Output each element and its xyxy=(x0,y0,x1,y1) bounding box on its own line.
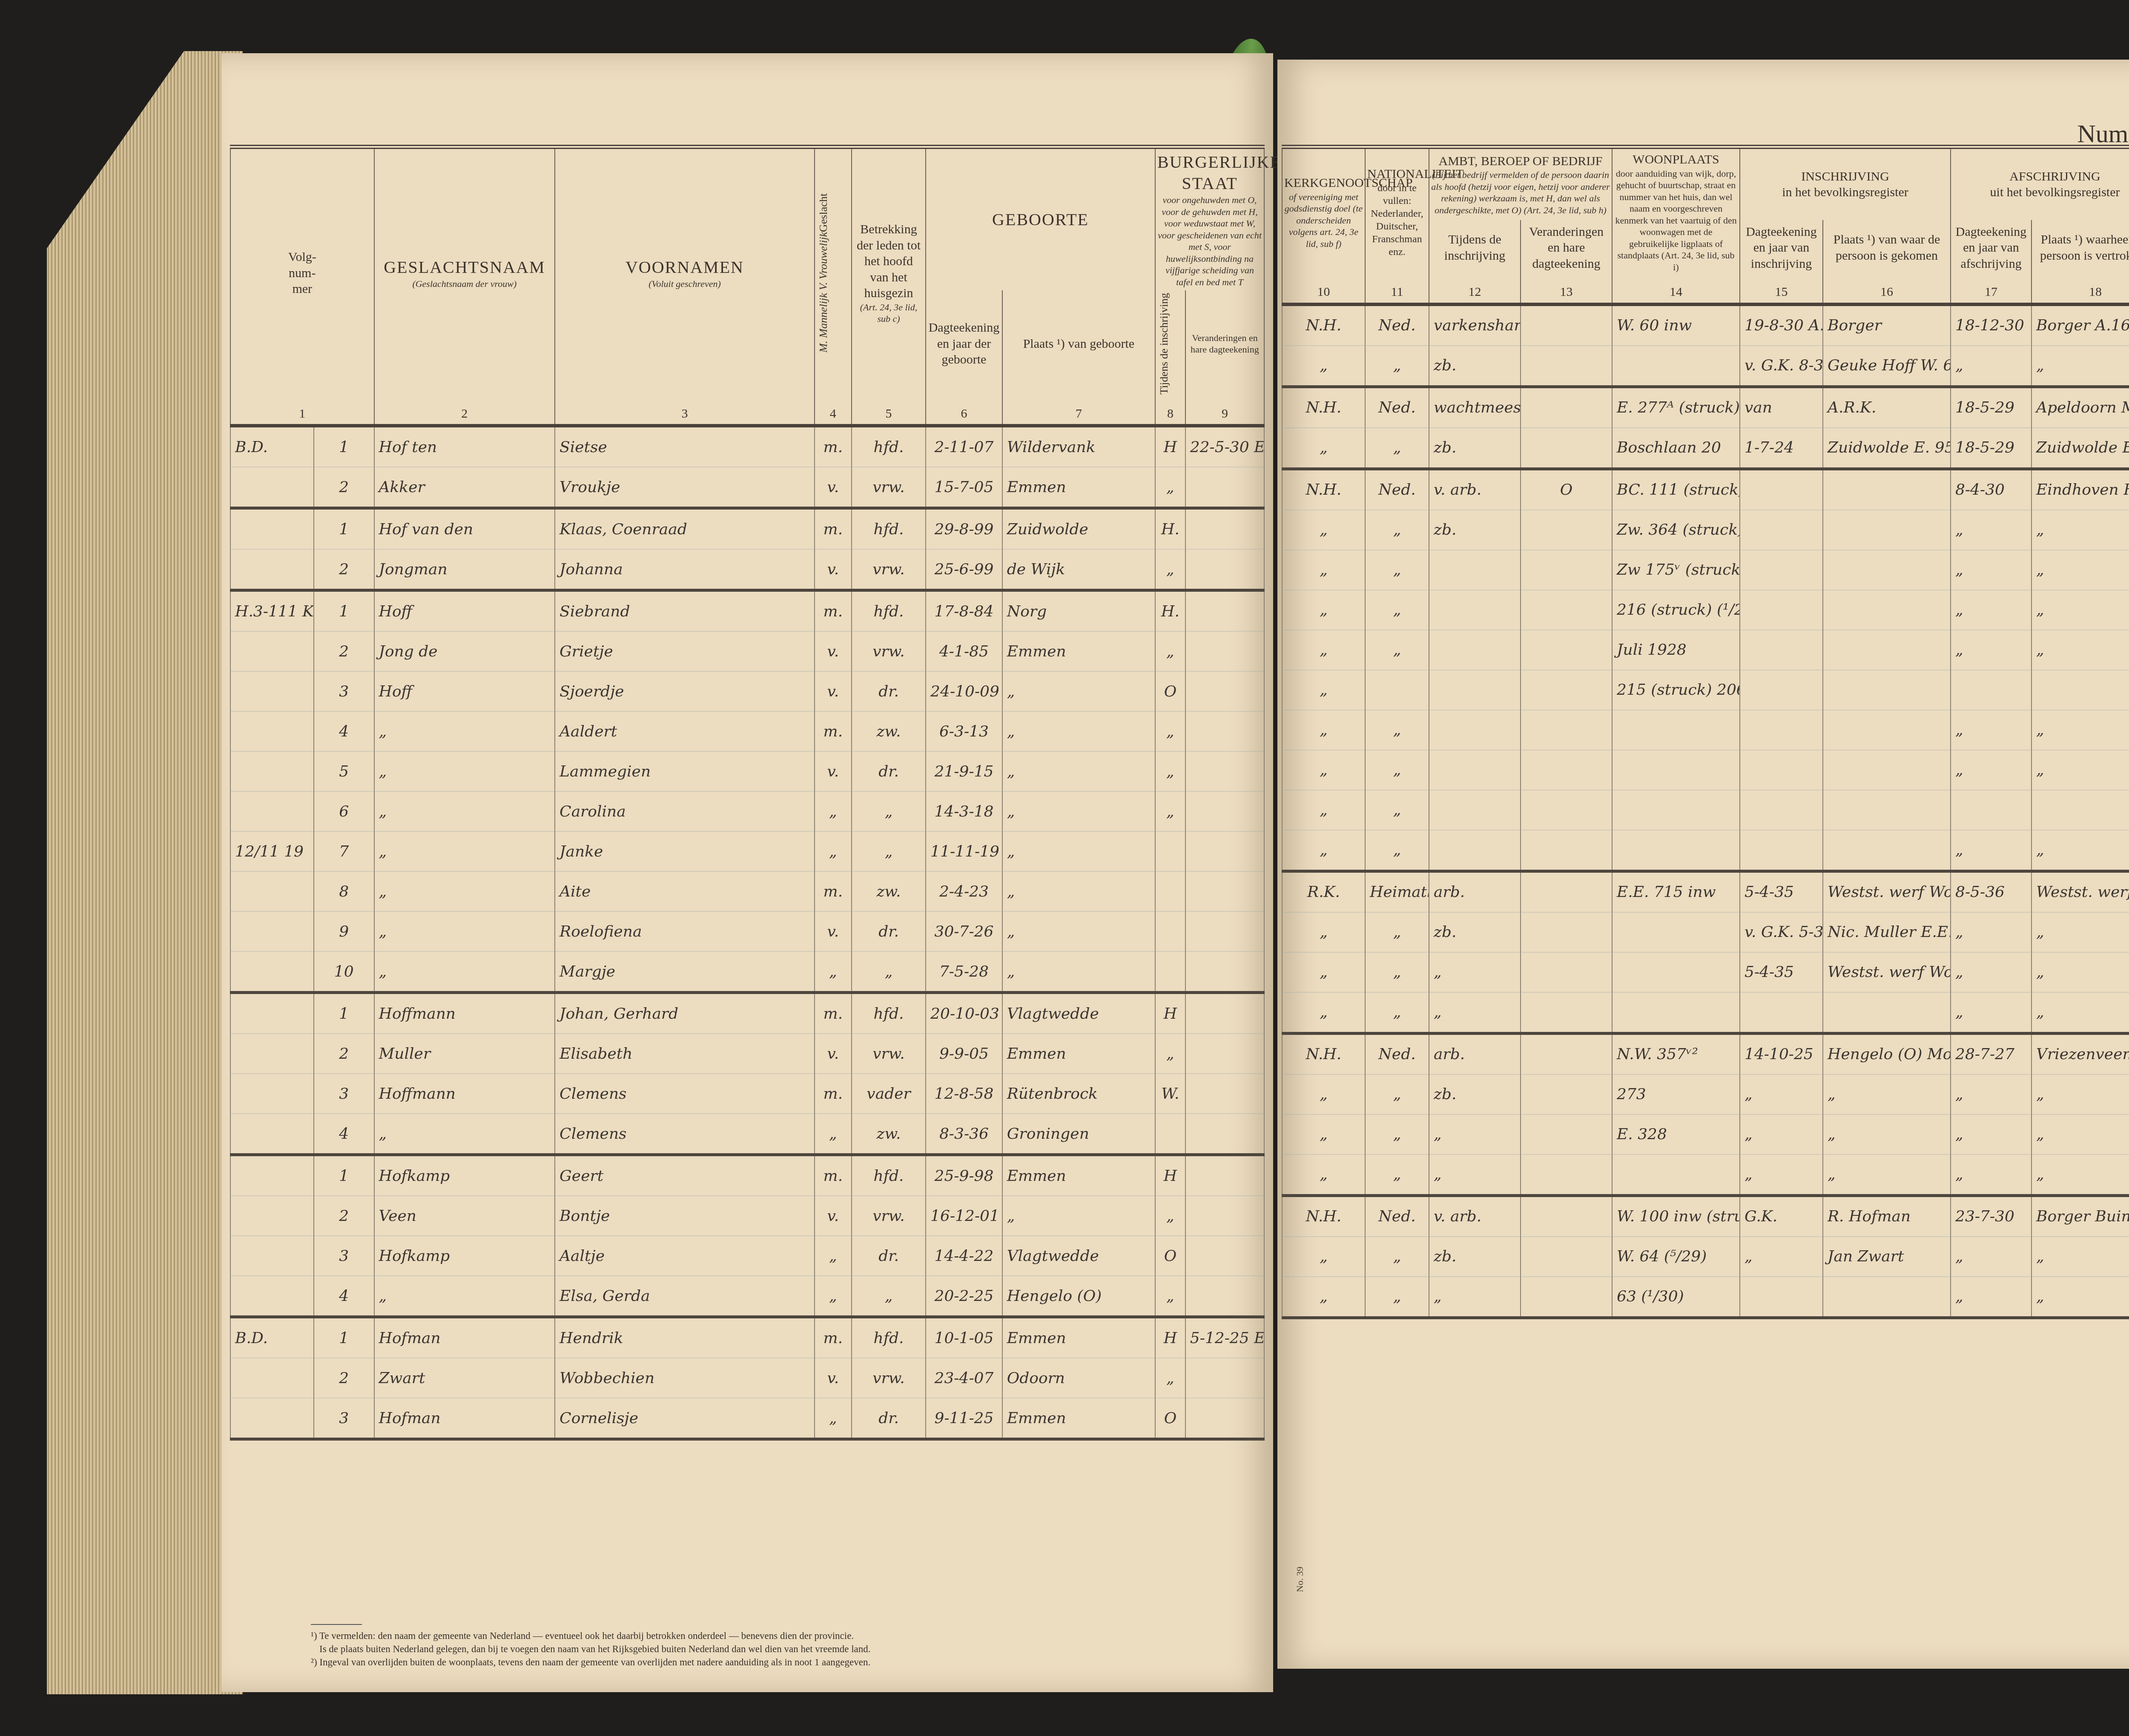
cell-in-date xyxy=(1740,630,1823,670)
cell-occ: v. arb. xyxy=(1429,469,1521,510)
cell-church: „ xyxy=(1282,1154,1365,1196)
cell-dob: 14-3-18 xyxy=(926,791,1002,831)
cell-addr xyxy=(1612,992,1740,1034)
cell-church: „ xyxy=(1282,1074,1365,1114)
cell-surname: Hoff xyxy=(374,590,555,632)
cell-church: „ xyxy=(1282,830,1365,871)
register-row: „„zb.273„„„„ xyxy=(1282,1074,2129,1114)
col-inschrijving-plaats-header: Plaats ¹) van waar de persoon is gekomen xyxy=(1823,220,1951,275)
margin-note xyxy=(230,549,314,590)
cell-civ-chg xyxy=(1185,993,1264,1034)
cell-in-date xyxy=(1740,750,1823,790)
cell-occ-chg xyxy=(1521,346,1612,387)
margin-note xyxy=(230,1398,314,1439)
cell-occ xyxy=(1429,750,1521,790)
cell-addr: W. 100 inw (struck) N.W. 277ᴬ (struck) 7… xyxy=(1612,1195,1740,1237)
cell-nat: Ned. xyxy=(1365,387,1429,428)
col-num-8: 8 xyxy=(1155,397,1185,426)
register-row: 1HofkampGeertm.hfd.25-9-98EmmenH xyxy=(230,1155,1264,1196)
cell-occ-chg xyxy=(1521,912,1612,952)
cell-civ: „ xyxy=(1155,791,1185,831)
register-row: „„zb.v. G.K. 8-30Geuke Hoff W. 60„„„ xyxy=(1282,346,2129,387)
cell-civ: „ xyxy=(1155,751,1185,791)
cell-dob: 9-11-25 xyxy=(926,1398,1002,1439)
cell-sex: „ xyxy=(815,1398,852,1439)
cell-out-date: 23-7-30 xyxy=(1951,1195,2031,1237)
cell-out-to: „ xyxy=(2031,346,2129,387)
cell-nat: „ xyxy=(1365,1277,1429,1318)
register-row: 2Jong deGrietjev.vrw.4-1-85Emmen„ xyxy=(230,631,1264,671)
cell-church: N.H. xyxy=(1282,469,1365,510)
cell-in-date xyxy=(1740,510,1823,550)
cell-sex: m. xyxy=(815,590,852,632)
cell-given: Lammegien xyxy=(555,751,815,791)
col-num-15: 15 xyxy=(1740,275,1823,304)
register-row: B.D.1HofmanHendrikm.hfd.10-1-05EmmenH5-1… xyxy=(230,1317,1264,1358)
margin-note xyxy=(230,631,314,671)
col-geboorte-datum-header: Dagteekening en jaar der geboorte xyxy=(926,290,1002,397)
cell-civ xyxy=(1155,1114,1185,1155)
col-staat-inschrijving-header: Tijdens de inschrijving xyxy=(1155,290,1185,397)
cell-nat: „ xyxy=(1365,912,1429,952)
cell-occ: zb. xyxy=(1429,510,1521,550)
cell-occ: v. arb. xyxy=(1429,1195,1521,1237)
cell-sex: „ xyxy=(815,791,852,831)
cell-out-date: „ xyxy=(1951,550,2031,590)
cell-occ: „ xyxy=(1429,1277,1521,1318)
cell-dob: 4-1-85 xyxy=(926,631,1002,671)
cell-rel: zw. xyxy=(852,711,926,751)
cell-occ-chg xyxy=(1521,992,1612,1034)
cell-surname: Hofman xyxy=(374,1398,555,1439)
cell-sex: v. xyxy=(815,1358,852,1398)
margin-note: B.D. xyxy=(230,1317,314,1358)
cell-nr: 3 xyxy=(314,1398,374,1439)
margin-note xyxy=(230,1074,314,1114)
cell-nat: „ xyxy=(1365,952,1429,992)
cell-rel: zw. xyxy=(852,1114,926,1155)
col-num-5: 5 xyxy=(852,397,926,426)
cell-civ: O xyxy=(1155,1236,1185,1276)
cell-civ-chg xyxy=(1185,467,1264,508)
cell-occ: varkenshandelaar xyxy=(1429,304,1521,346)
cell-surname: Jong de xyxy=(374,631,555,671)
cell-out-date: „ xyxy=(1951,750,2031,790)
cell-given: Hendrik xyxy=(555,1317,815,1358)
cell-sex: v. xyxy=(815,631,852,671)
cell-church: „ xyxy=(1282,346,1365,387)
cell-addr: E. 328 xyxy=(1612,1114,1740,1154)
cell-given: Geert xyxy=(555,1155,815,1196)
col-geboorte-group: GEBOORTE xyxy=(926,147,1155,290)
cell-in-from: Geuke Hoff W. 60 xyxy=(1823,346,1951,387)
register-row: 1HoffmannJohan, Gerhardm.hfd.20-10-03Vla… xyxy=(230,993,1264,1034)
cell-addr xyxy=(1612,790,1740,830)
cell-in-from xyxy=(1823,590,1951,630)
cell-nat: „ xyxy=(1365,1074,1429,1114)
cell-out-date: „ xyxy=(1951,630,2031,670)
register-row: 4„Elsa, Gerda„„20-2-25Hengelo (O)„ xyxy=(230,1276,1264,1317)
cell-sex: v. xyxy=(815,911,852,951)
cell-dob: 25-6-99 xyxy=(926,549,1002,590)
cell-out-date: „ xyxy=(1951,830,2031,871)
cell-rel: hfd. xyxy=(852,426,926,467)
register-row: „„zb.Zw. 364 (struck)„„A.K. „ xyxy=(1282,510,2129,550)
cell-church: „ xyxy=(1282,710,1365,750)
cell-nat: Ned. xyxy=(1365,304,1429,346)
register-row: 2ZwartWobbechienv.vrw.23-4-07Odoorn„ xyxy=(230,1358,1264,1398)
cell-church: „ xyxy=(1282,992,1365,1034)
cell-rel: dr. xyxy=(852,911,926,951)
register-row: 3HofmanCornelisje„dr.9-11-25EmmenO xyxy=(230,1398,1264,1439)
cell-dob: 7-5-28 xyxy=(926,951,1002,993)
cell-nr: 1 xyxy=(314,426,374,467)
cell-given: Bontje xyxy=(555,1196,815,1236)
cell-church: N.H. xyxy=(1282,1033,1365,1074)
register-table-left: Volg-num-mer GESLACHTSNAAM(Geslachtsnaam… xyxy=(230,145,1265,1441)
cell-nr: 2 xyxy=(314,631,374,671)
cell-in-from: Westst. werf Wolvega, Ypenlaan 114 xyxy=(1823,871,1951,912)
cell-rel: vader xyxy=(852,1074,926,1114)
cell-pob: „ xyxy=(1002,911,1155,951)
footnote-1-cont: Is de plaats buiten Nederland gelegen, d… xyxy=(311,1642,871,1656)
cell-sex: m. xyxy=(815,871,852,911)
cell-rel: hfd. xyxy=(852,1155,926,1196)
cell-addr: BC. 111 (struck) xyxy=(1612,469,1740,510)
cell-out-to: Zuidwolde E. 95ᴬ xyxy=(2031,428,2129,469)
cell-addr: Zw. 364 (struck) xyxy=(1612,510,1740,550)
cell-dob: 29-8-99 xyxy=(926,508,1002,550)
cell-civ-chg xyxy=(1185,590,1264,632)
col-num-11: 11 xyxy=(1365,275,1429,304)
cell-in-date: „ xyxy=(1740,1114,1823,1154)
cell-addr: Juli 1928 xyxy=(1612,630,1740,670)
cell-in-date xyxy=(1740,992,1823,1034)
register-row: „„17-2-27„ xyxy=(1282,790,2129,830)
col-num-12: 12 xyxy=(1429,275,1521,304)
register-row: „„Zw 175ᵛ (struck) 292„„„ xyxy=(1282,550,2129,590)
cell-rel: dr. xyxy=(852,751,926,791)
cell-occ-chg xyxy=(1521,550,1612,590)
cell-church: „ xyxy=(1282,1114,1365,1154)
col-num-18: 18 xyxy=(2031,275,2129,304)
cell-pob: Hengelo (O) xyxy=(1002,1276,1155,1317)
cell-in-date: 14-10-25 xyxy=(1740,1033,1823,1074)
cell-occ: arb. xyxy=(1429,1033,1521,1074)
cell-occ xyxy=(1429,710,1521,750)
cell-out-to: „ xyxy=(2031,830,2129,871)
cell-sex: v. xyxy=(815,751,852,791)
cell-civ: „ xyxy=(1155,1358,1185,1398)
cell-nr: 6 xyxy=(314,791,374,831)
cell-out-to: „ xyxy=(2031,510,2129,550)
margin-note xyxy=(230,671,314,711)
cell-dob: 14-4-22 xyxy=(926,1236,1002,1276)
col-beroep-veranderingen-header: Veranderingen en hare dagteekening xyxy=(1521,220,1612,275)
cell-civ-chg xyxy=(1185,751,1264,791)
cell-dob: 2-4-23 xyxy=(926,871,1002,911)
cell-civ-chg xyxy=(1185,831,1264,871)
cell-pob: „ xyxy=(1002,671,1155,711)
cell-out-to: „ xyxy=(2031,590,2129,630)
cell-surname: Akker xyxy=(374,467,555,508)
register-row: 2AkkerVroukjev.vrw.15-7-05Emmen„ xyxy=(230,467,1264,508)
cell-nr: 1 xyxy=(314,508,374,550)
cell-out-to: „ xyxy=(2031,750,2129,790)
cell-out-to: Apeldoorn Marechausseekazerne xyxy=(2031,387,2129,428)
cell-nat: Ned. xyxy=(1365,1195,1429,1237)
cell-addr xyxy=(1612,346,1740,387)
cell-nat: „ xyxy=(1365,1154,1429,1196)
cell-sex: m. xyxy=(815,711,852,751)
register-row: „„zb.Boschlaan 201-7-24Zuidwolde E. 95ᴬ1… xyxy=(1282,428,2129,469)
cell-civ-chg xyxy=(1185,1196,1264,1236)
cell-church: „ xyxy=(1282,550,1365,590)
cell-civ xyxy=(1155,831,1185,871)
cell-out-to: Vriezenveen Almeloschestr. xyxy=(2031,1033,2129,1074)
register-row: „„216 (struck) (¹/28)„„„ xyxy=(1282,590,2129,630)
register-table-right: KERKGENOOTSCHAPof vereeniging met godsdi… xyxy=(1282,145,2129,1319)
cell-addr: Boschlaan 20 xyxy=(1612,428,1740,469)
cell-occ: „ xyxy=(1429,1154,1521,1196)
cell-nat: „ xyxy=(1365,830,1429,871)
cell-civ: O xyxy=(1155,671,1185,711)
cell-in-from xyxy=(1823,469,1951,510)
cell-given: Wobbechien xyxy=(555,1358,815,1398)
cell-civ-chg xyxy=(1185,1236,1264,1276)
footnotes: ¹) Te vermelden: den naam der gemeente v… xyxy=(311,1624,871,1669)
cell-in-from: Nic. Muller E.E. 715 xyxy=(1823,912,1951,952)
cell-addr xyxy=(1612,830,1740,871)
cell-in-from: Borger xyxy=(1823,304,1951,346)
cell-out-date: 18-5-29 xyxy=(1951,428,2031,469)
margin-note xyxy=(230,1034,314,1074)
cell-occ-chg xyxy=(1521,387,1612,428)
cell-out-date xyxy=(1951,790,2031,830)
cell-occ xyxy=(1429,790,1521,830)
margin-note xyxy=(230,1276,314,1317)
cell-addr: 63 (¹/30) xyxy=(1612,1277,1740,1318)
cell-in-date xyxy=(1740,590,1823,630)
cell-nat: „ xyxy=(1365,1237,1429,1277)
cell-sex: „ xyxy=(815,831,852,871)
cell-rel: dr. xyxy=(852,1236,926,1276)
cell-in-date: 1-7-24 xyxy=(1740,428,1823,469)
cell-surname: Hofkamp xyxy=(374,1155,555,1196)
cell-church: „ xyxy=(1282,912,1365,952)
cell-surname: Hoff xyxy=(374,671,555,711)
col-num-2: 2 xyxy=(374,397,555,426)
cell-civ: „ xyxy=(1155,631,1185,671)
margin-note: H.3-111 K. xyxy=(230,590,314,632)
cell-sex: „ xyxy=(815,951,852,993)
footnote-1: ¹) Te vermelden: den naam der gemeente v… xyxy=(311,1629,871,1642)
cell-pob: „ xyxy=(1002,791,1155,831)
cell-dob: 23-4-07 xyxy=(926,1358,1002,1398)
cell-civ-chg xyxy=(1185,631,1264,671)
cell-occ-chg xyxy=(1521,428,1612,469)
cell-dob: 6-3-13 xyxy=(926,711,1002,751)
register-row: 5„Lammegienv.dr.21-9-15„„ xyxy=(230,751,1264,791)
register-row: 3HofkampAaltje„dr.14-4-22VlagtweddeO xyxy=(230,1236,1264,1276)
cell-out-date: 8-4-30 xyxy=(1951,469,2031,510)
volume-mark: No. 39 xyxy=(1294,1567,1306,1592)
cell-church: N.H. xyxy=(1282,304,1365,346)
cell-out-to: Westst. werf Ygeholtwolde 73 xyxy=(2031,871,2129,912)
cell-out-to: „ xyxy=(2031,952,2129,992)
col-afschrijving-datum-header: Dagteekening en jaar van afschrijving xyxy=(1951,220,2031,275)
col-kerkgenootschap-header: KERKGENOOTSCHAPof vereeniging met godsdi… xyxy=(1282,147,1365,275)
cell-in-from: „ xyxy=(1823,1154,1951,1196)
cell-nr: 1 xyxy=(314,1155,374,1196)
cell-civ-chg xyxy=(1185,1276,1264,1317)
cell-dob: 25-9-98 xyxy=(926,1155,1002,1196)
col-num-3: 3 xyxy=(555,397,815,426)
cell-sex: m. xyxy=(815,508,852,550)
cell-surname: Hofkamp xyxy=(374,1236,555,1276)
cell-given: Grietje xyxy=(555,631,815,671)
cell-pob: Rütenbrock xyxy=(1002,1074,1155,1114)
cell-rel: hfd. xyxy=(852,1317,926,1358)
cell-pob: Odoorn xyxy=(1002,1358,1155,1398)
margin-note xyxy=(230,1358,314,1398)
col-num-9: 9 xyxy=(1185,397,1264,426)
cell-in-date xyxy=(1740,670,1823,710)
cell-nat: „ xyxy=(1365,750,1429,790)
cell-surname: „ xyxy=(374,1114,555,1155)
register-row: „„„„„ xyxy=(1282,750,2129,790)
cell-pob: „ xyxy=(1002,831,1155,871)
cell-civ: H xyxy=(1155,426,1185,467)
cell-civ: W. xyxy=(1155,1074,1185,1114)
cell-church: „ xyxy=(1282,1277,1365,1318)
cell-pob: Wildervank xyxy=(1002,426,1155,467)
col-geslacht-header: GeslachtM. Mannelijk V. Vrouwelijk xyxy=(815,147,852,397)
cell-occ: zb. xyxy=(1429,1074,1521,1114)
cell-surname: Hof van den xyxy=(374,508,555,550)
cell-nr: 1 xyxy=(314,1317,374,1358)
cell-pob: Vlagtwedde xyxy=(1002,1236,1155,1276)
cell-church: „ xyxy=(1282,670,1365,710)
cell-addr: E.E. 715 inw xyxy=(1612,871,1740,912)
cell-given: Cornelisje xyxy=(555,1398,815,1439)
cell-given: Clemens xyxy=(555,1074,815,1114)
cell-rel: vrw. xyxy=(852,1034,926,1074)
cell-rel: „ xyxy=(852,1276,926,1317)
register-row: 12/11 197„Janke„„11-11-19„ xyxy=(230,831,1264,871)
cell-nr: 9 xyxy=(314,911,374,951)
cell-occ: wachtmeester Kon. Marechaussee xyxy=(1429,387,1521,428)
cell-occ-chg xyxy=(1521,670,1612,710)
cell-pob: Zuidwolde xyxy=(1002,508,1155,550)
register-row: „„„63 (¹/30)„„„ xyxy=(1282,1277,2129,1318)
cell-nr: 2 xyxy=(314,467,374,508)
register-row: „„„E. 328„„„„ xyxy=(1282,1114,2129,1154)
cell-surname: „ xyxy=(374,791,555,831)
cell-out-to xyxy=(2031,670,2129,710)
cell-surname: Hoffmann xyxy=(374,1074,555,1114)
margin-note: B.D. xyxy=(230,426,314,467)
cell-sex: m. xyxy=(815,1317,852,1358)
cell-civ-chg: 5-12-25 Emmen xyxy=(1185,1317,1264,1358)
cell-in-from: Westst. werf Wolvega, Ypenlaan 114 xyxy=(1823,952,1951,992)
cell-civ: O xyxy=(1155,1398,1185,1439)
cell-out-to: „ xyxy=(2031,550,2129,590)
register-row: 8„Aitem.zw.2-4-23„ xyxy=(230,871,1264,911)
cell-dob: 15-7-05 xyxy=(926,467,1002,508)
margin-note xyxy=(230,871,314,911)
cell-out-date: „ xyxy=(1951,1277,2031,1318)
cell-given: Vroukje xyxy=(555,467,815,508)
cell-out-to: Borger A.161 inw xyxy=(2031,304,2129,346)
cell-sex: v. xyxy=(815,671,852,711)
register-row: R.K.Heimatlosarb.E.E. 715 inw5-4-35Wests… xyxy=(1282,871,2129,912)
cell-occ-chg: O xyxy=(1521,469,1612,510)
cell-rel: hfd. xyxy=(852,993,926,1034)
cell-occ-chg xyxy=(1521,750,1612,790)
cell-given: Janke xyxy=(555,831,815,871)
cell-out-to: „ xyxy=(2031,710,2129,750)
cell-sex: v. xyxy=(815,1196,852,1236)
col-num-13: 13 xyxy=(1521,275,1612,304)
cell-occ-chg xyxy=(1521,1237,1612,1277)
cell-in-date: „ xyxy=(1740,1154,1823,1196)
cell-civ: „ xyxy=(1155,1034,1185,1074)
cell-dob: 12-8-58 xyxy=(926,1074,1002,1114)
cell-out-date: „ xyxy=(1951,1114,2031,1154)
cell-out-to xyxy=(2031,790,2129,830)
cell-nr: 4 xyxy=(314,1276,374,1317)
cell-dob: 21-9-15 xyxy=(926,751,1002,791)
cell-out-to: „ xyxy=(2031,1114,2129,1154)
cell-out-to: Borger Buinen Brug I B61ᴮ xyxy=(2031,1195,2129,1237)
cell-surname: Hof ten xyxy=(374,426,555,467)
cell-pob: Norg xyxy=(1002,590,1155,632)
cell-addr xyxy=(1612,1154,1740,1196)
cell-out-date: „ xyxy=(1951,710,2031,750)
register-row: 4„Clemens„zw.8-3-36Groningen xyxy=(230,1114,1264,1155)
cell-sex: m. xyxy=(815,1074,852,1114)
cell-addr: Zw 175ᵛ (struck) 292 xyxy=(1612,550,1740,590)
cell-civ-chg xyxy=(1185,871,1264,911)
cell-surname: „ xyxy=(374,911,555,951)
col-betrekking-header: Betrekking der leden tot het hoofd van h… xyxy=(852,147,926,397)
cell-civ-chg xyxy=(1185,549,1264,590)
register-row: „„„5-4-35Westst. werf Wolvega, Ypenlaan … xyxy=(1282,952,2129,992)
cell-occ-chg xyxy=(1521,830,1612,871)
col-woonplaats-header: WOONPLAATSdoor aanduiding van wijk, dorp… xyxy=(1612,147,1740,275)
cell-civ: H. xyxy=(1155,590,1185,632)
cell-out-to: „ xyxy=(2031,1237,2129,1277)
cell-occ-chg xyxy=(1521,952,1612,992)
cell-given: Carolina xyxy=(555,791,815,831)
cell-dob: 11-11-19 xyxy=(926,831,1002,871)
cell-surname: „ xyxy=(374,951,555,993)
cell-nat: Heimatlos xyxy=(1365,871,1429,912)
cell-pob: Emmen xyxy=(1002,1317,1155,1358)
col-voornamen-header: VOORNAMEN(Voluit geschreven) xyxy=(555,147,815,397)
cell-occ xyxy=(1429,830,1521,871)
register-row: N.H.Ned.v. arb.W. 100 inw (struck) N.W. … xyxy=(1282,1195,2129,1237)
cell-nr: 5 xyxy=(314,751,374,791)
cell-sex: „ xyxy=(815,1236,852,1276)
cell-rel: hfd. xyxy=(852,508,926,550)
register-row: N.H.Ned.arb.N.W. 357ᵛ²14-10-25Hengelo (O… xyxy=(1282,1033,2129,1074)
cell-rel: vrw. xyxy=(852,1196,926,1236)
col-inschrijving-group: INSCHRIJVINGin het bevolkingsregister xyxy=(1740,147,1951,220)
cell-civ: „ xyxy=(1155,711,1185,751)
cell-surname: „ xyxy=(374,751,555,791)
